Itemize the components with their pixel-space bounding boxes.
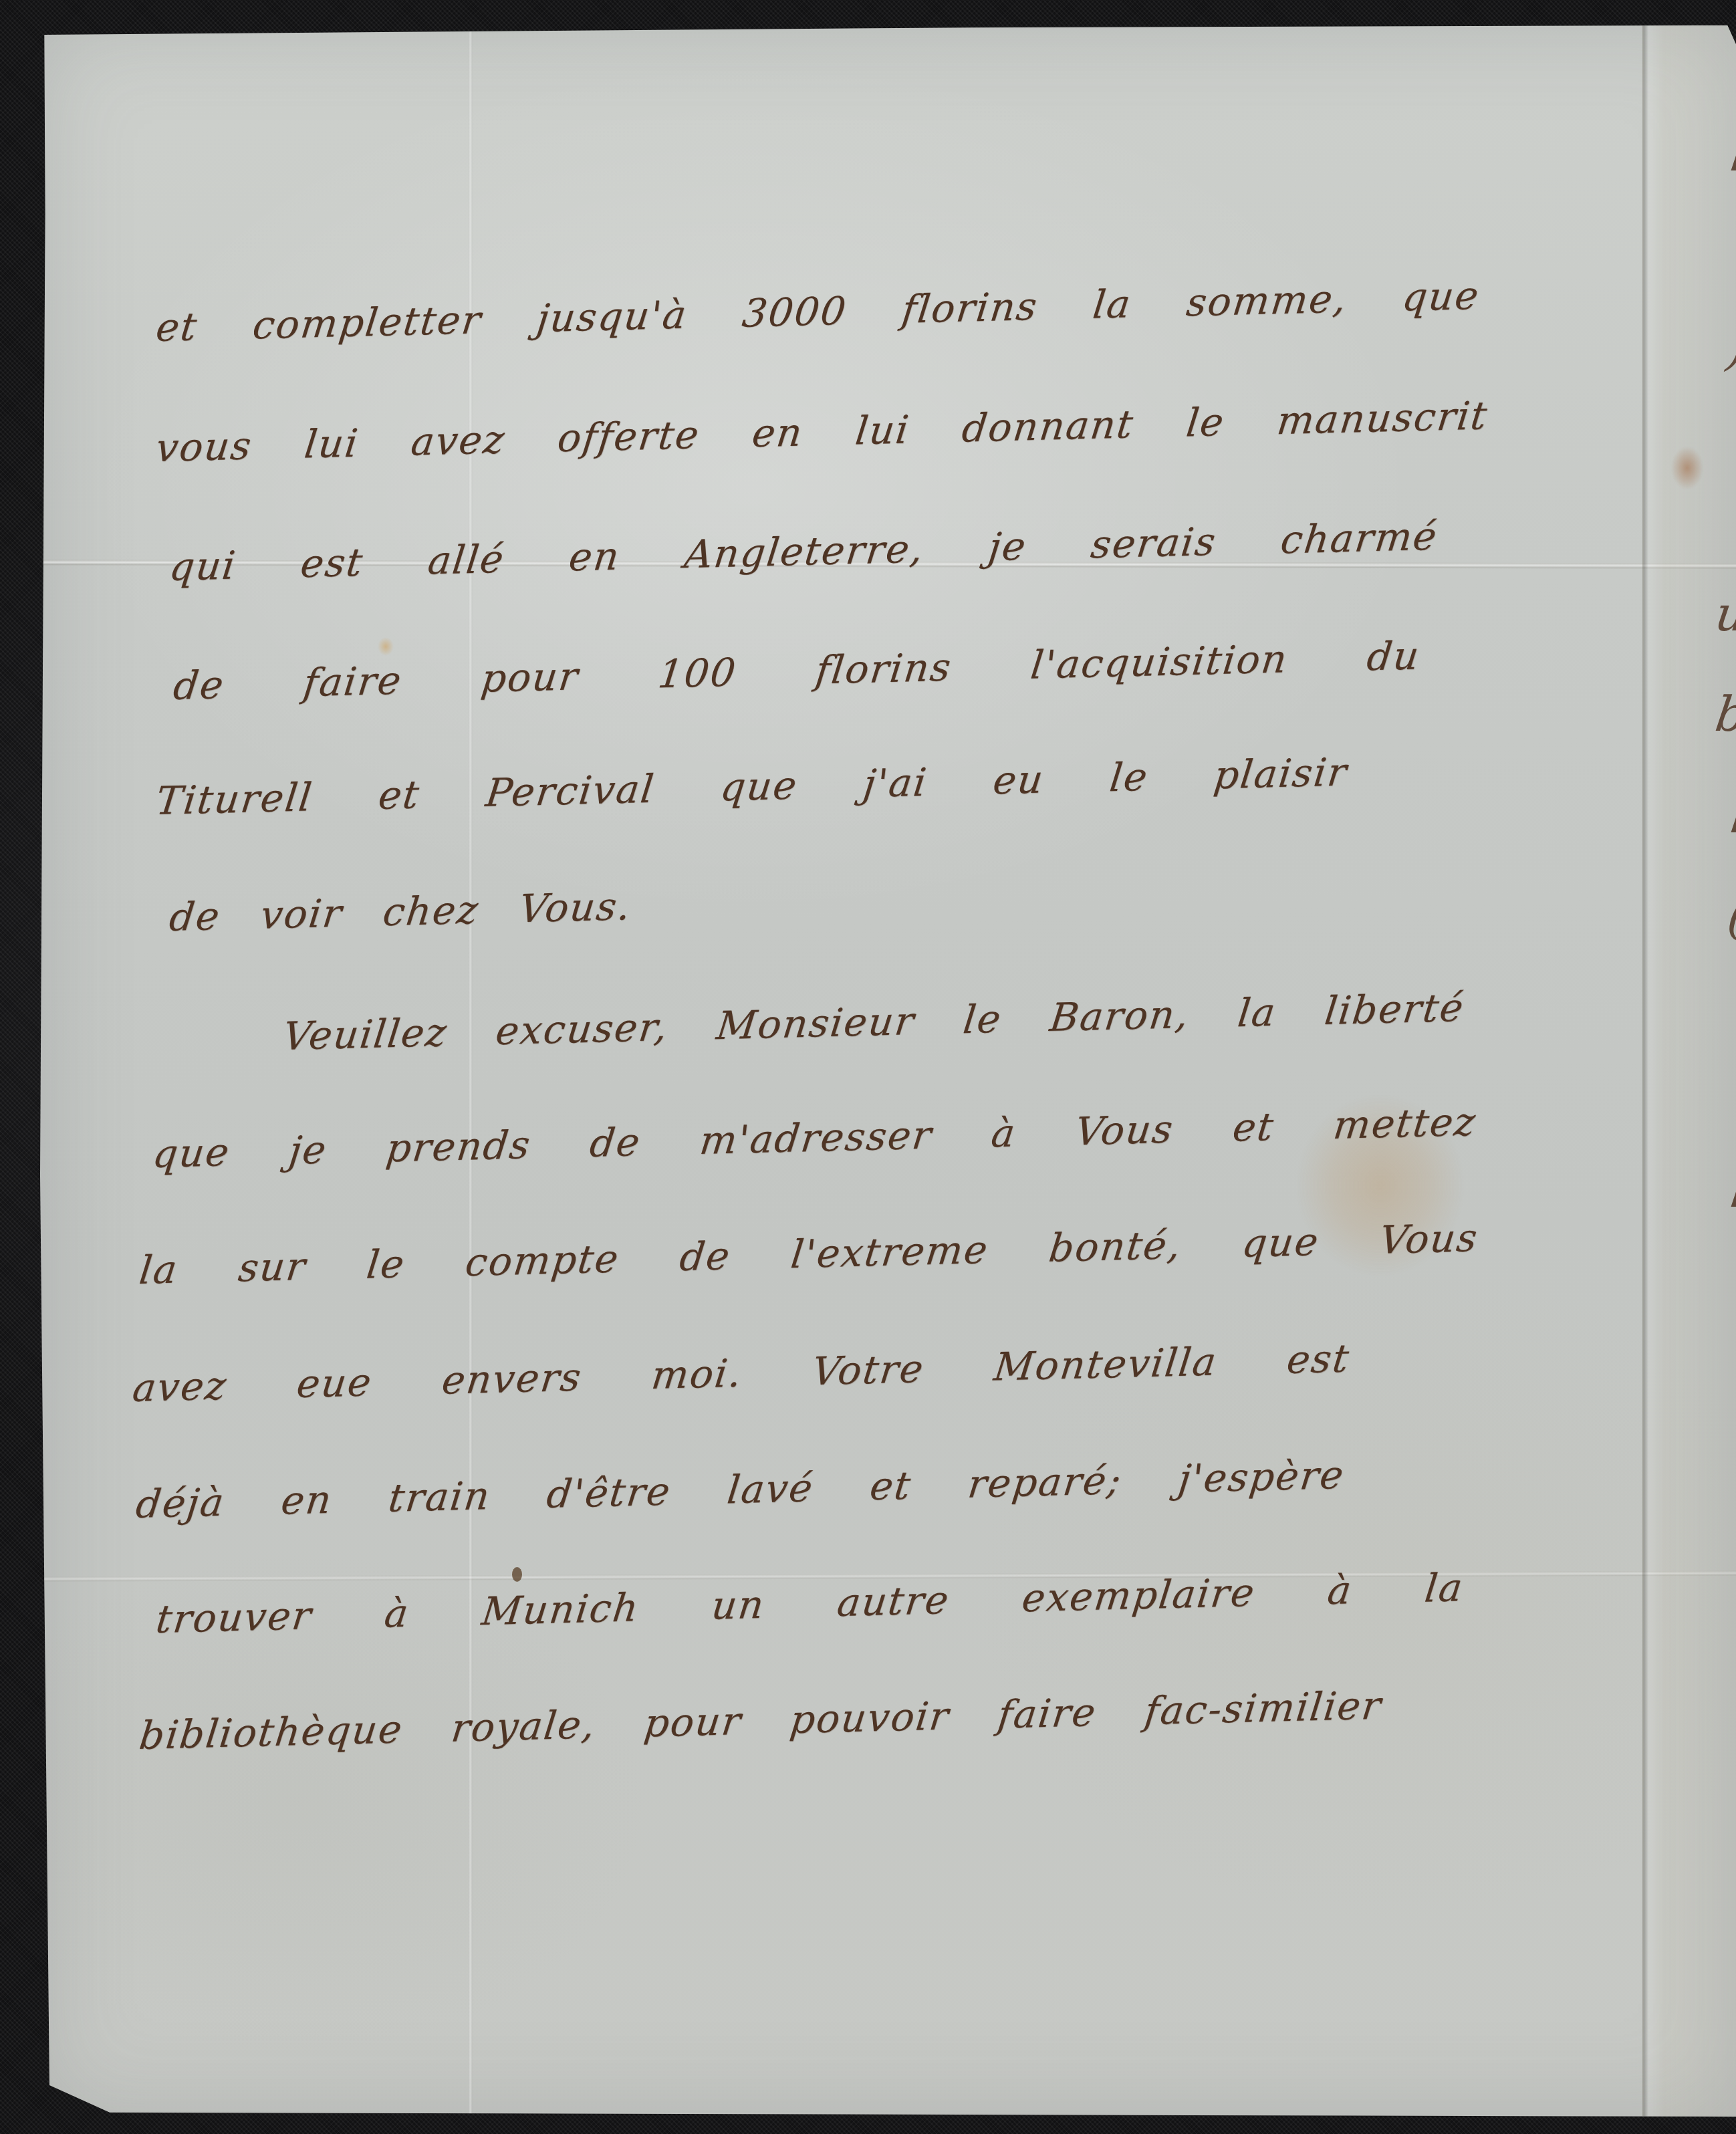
adjacent-page-ink-fragment: l bbox=[1727, 126, 1736, 182]
adjacent-page-ink-fragment: b bbox=[1712, 686, 1736, 742]
adjacent-page-ink-fragment: l bbox=[1727, 788, 1736, 844]
adjacent-page-ink-fragment: l bbox=[1727, 1162, 1736, 1218]
foxing-spot bbox=[378, 637, 394, 656]
letter-line-4: de faire pour 100 florins l'acquisition … bbox=[171, 633, 1422, 709]
letter-line-8: que je prends de m'adresser à Vous et me… bbox=[150, 1099, 1479, 1177]
adjacent-page-ink-fragment: u bbox=[1712, 586, 1736, 642]
adjacent-page-ink-fragment: ( bbox=[1724, 888, 1736, 944]
letter-line-2: vous lui avez offerte en lui donnant le … bbox=[154, 393, 1491, 471]
letter-line-11: déjà en train d'être lavé et reparé; j'e… bbox=[134, 1452, 1347, 1527]
letter-line-9: la sur le compte de l'extreme bonté, que… bbox=[137, 1215, 1481, 1293]
letter-line-5: Titurell et Percival que j'ai eu le plai… bbox=[154, 749, 1350, 824]
letter-line-7: Veuillez excuser, Monsieur le Baron, la … bbox=[281, 985, 1467, 1059]
letter-line-13: bibliothèque royale, pour pouvoir faire … bbox=[137, 1683, 1384, 1758]
adjacent-page-edge: l ) u b l ( l bbox=[1642, 25, 1736, 2117]
letter-line-3: qui est allé en Angleterre, je serais ch… bbox=[167, 513, 1441, 590]
ink-speck bbox=[512, 1567, 522, 1582]
letter-sheet: et completter jusqu'à 3000 florins la so… bbox=[40, 25, 1736, 2117]
adjacent-page-ink-fragment: ) bbox=[1724, 320, 1736, 376]
letter-line-10: avez eue envers moi. Votre Montevilla es… bbox=[130, 1336, 1352, 1411]
letter-line-6: de voir chez Vous. bbox=[167, 883, 634, 940]
photo-backdrop: et completter jusqu'à 3000 florins la so… bbox=[0, 0, 1736, 2134]
letter-line-1: et completter jusqu'à 3000 florins la so… bbox=[154, 273, 1482, 350]
letter-line-12: trouver à Munich un autre exemplaire à l… bbox=[154, 1564, 1466, 1642]
